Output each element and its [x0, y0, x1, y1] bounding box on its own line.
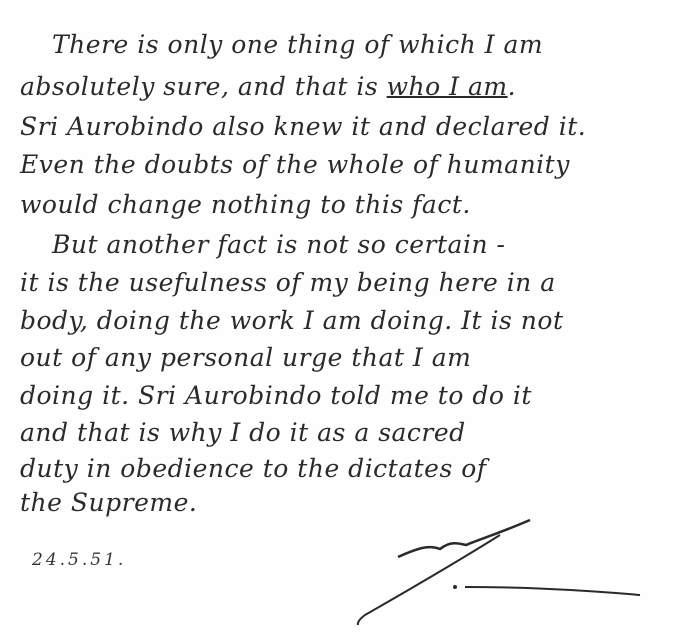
letter-line-2-text: absolutely sure, and that is	[20, 72, 378, 101]
letter-line-7: it is the usefulness of my being here in…	[20, 270, 556, 295]
letter-line-9: out of any personal urge that I am	[20, 345, 471, 370]
letter-line-1: There is only one thing of which I am	[52, 32, 543, 57]
letter-date: 24.5.51.	[32, 550, 126, 570]
underlined-phrase: who I am	[387, 72, 508, 101]
letter-line-4: Even the doubts of the whole of humanity	[20, 152, 570, 177]
letter-line-12: duty in obedience to the dictates of	[20, 456, 487, 481]
letter-line-3: Sri Aurobindo also knew it and declared …	[20, 114, 586, 139]
letter-line-10: doing it. Sri Aurobindo told me to do it	[20, 383, 532, 408]
handwritten-letter: There is only one thing of which I am ab…	[0, 0, 691, 636]
period: .	[508, 72, 516, 101]
letter-line-11: and that is why I do it as a sacred	[20, 420, 466, 445]
letter-line-6: But another fact is not so certain -	[52, 232, 505, 257]
letter-line-5: would change nothing to this fact.	[20, 192, 471, 217]
letter-line-2: absolutely sure, and that is who I am.	[20, 74, 516, 99]
signature-icon	[340, 515, 660, 625]
letter-line-13: the Supreme.	[20, 490, 197, 515]
letter-line-8: body, doing the work I am doing. It is n…	[20, 308, 564, 333]
